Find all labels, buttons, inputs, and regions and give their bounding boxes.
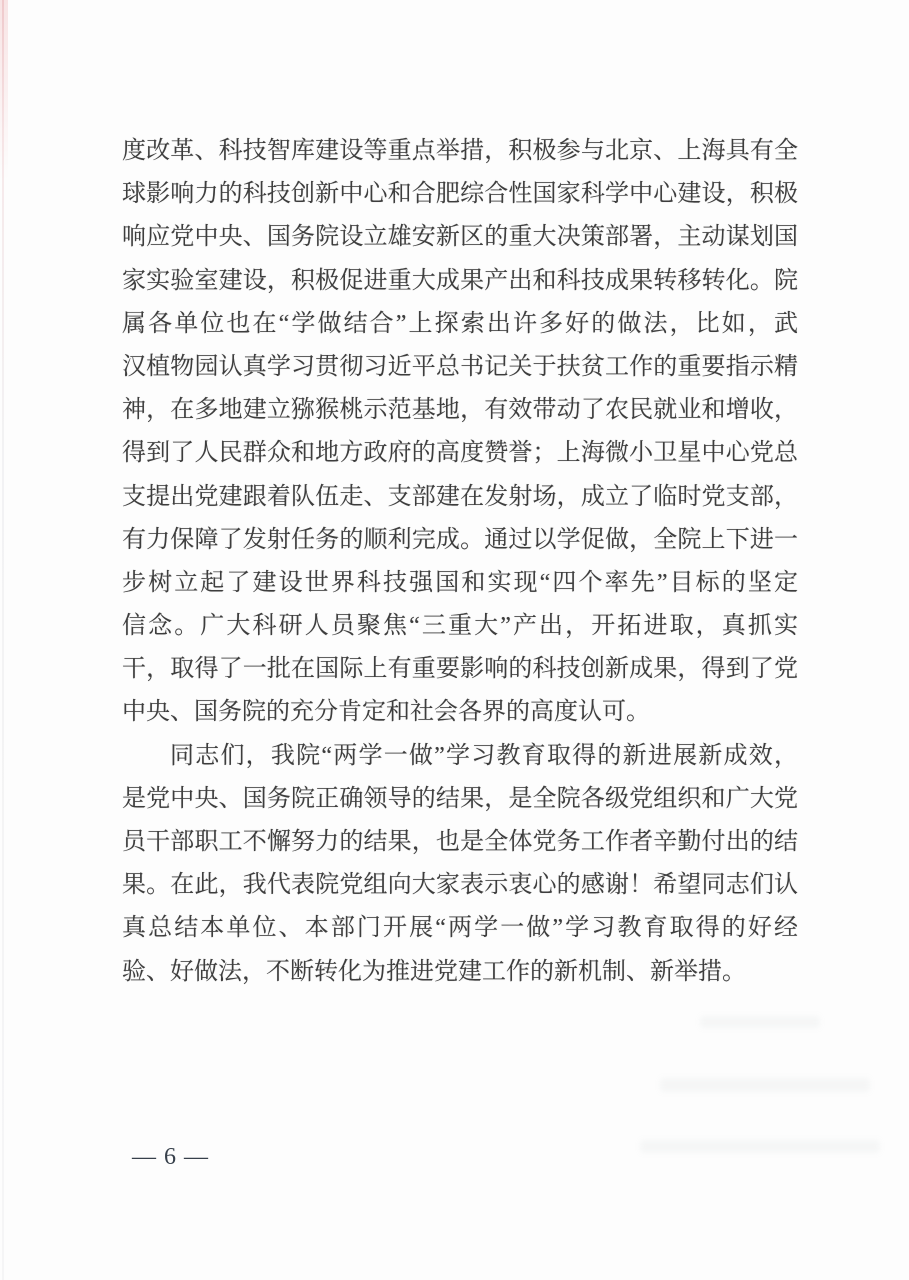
text-line: 真总结本单位、本部门开展“两学一做”学习教育取得的好经 xyxy=(122,907,798,950)
text-line-paragraph-end: 中央、国务院的充分肯定和社会各界的高度认可。 xyxy=(122,691,798,734)
text-line: 员干部职工不懈努力的结果，也是全体党务工作者辛勤付出的结 xyxy=(122,821,798,864)
scan-edge-artifact xyxy=(2,0,4,1280)
page-number: — 6 — xyxy=(132,1142,209,1172)
text-line: 有力保障了发射任务的顺利完成。通过以学促做，全院上下进一 xyxy=(122,519,798,562)
text-line: 家实验室建设，积极促进重大成果产出和科技成果转移转化。院 xyxy=(122,260,798,303)
scanned-document-page: 度改革、科技智库建设等重点举措，积极参与北京、上海具有全 球影响力的科技创新中心… xyxy=(0,0,909,1280)
ink-bleedthrough-artifact xyxy=(660,1078,870,1092)
text-line: 果。在此，我代表院党组向大家表示衷心的感谢！希望同志们认 xyxy=(122,864,798,907)
text-line-paragraph-start: 同志们，我院“两学一做”学习教育取得的新进展新成效， xyxy=(122,735,798,778)
text-line: 干，取得了一批在国际上有重要影响的科技创新成果，得到了党 xyxy=(122,648,798,691)
text-line: 得到了人民群众和地方政府的高度赞誉；上海微小卫星中心党总 xyxy=(122,432,798,475)
text-line: 神，在多地建立猕猴桃示范基地，有效带动了农民就业和增收， xyxy=(122,389,798,432)
ink-bleedthrough-artifact xyxy=(640,1140,880,1153)
text-line: 响应党中央、国务院设立雄安新区的重大决策部署，主动谋划国 xyxy=(122,216,798,259)
text-line: 汉植物园认真学习贯彻习近平总书记关于扶贫工作的重要指示精 xyxy=(122,346,798,389)
text-line: 球影响力的科技创新中心和合肥综合性国家科学中心建设，积极 xyxy=(122,173,798,216)
text-line: 支提出党建跟着队伍走、支部建在发射场，成立了临时党支部， xyxy=(122,476,798,519)
text-line: 属各单位也在“学做结合”上探索出许多好的做法，比如，武 xyxy=(122,303,798,346)
ink-bleedthrough-artifact xyxy=(700,1016,820,1028)
text-line: 度改革、科技智库建设等重点举措，积极参与北京、上海具有全 xyxy=(122,130,798,173)
text-line-paragraph-end: 验、好做法，不断转化为推进党建工作的新机制、新举措。 xyxy=(122,951,798,994)
document-body: 度改革、科技智库建设等重点举措，积极参与北京、上海具有全 球影响力的科技创新中心… xyxy=(122,130,798,994)
text-line: 是党中央、国务院正确领导的结果，是全院各级党组织和广大党 xyxy=(122,778,798,821)
text-line: 信念。广大科研人员聚焦“三重大”产出，开拓进取，真抓实 xyxy=(122,605,798,648)
scan-edge-pink-artifact xyxy=(0,0,8,180)
text-line: 步树立起了建设世界科技强国和实现“四个率先”目标的坚定 xyxy=(122,562,798,605)
